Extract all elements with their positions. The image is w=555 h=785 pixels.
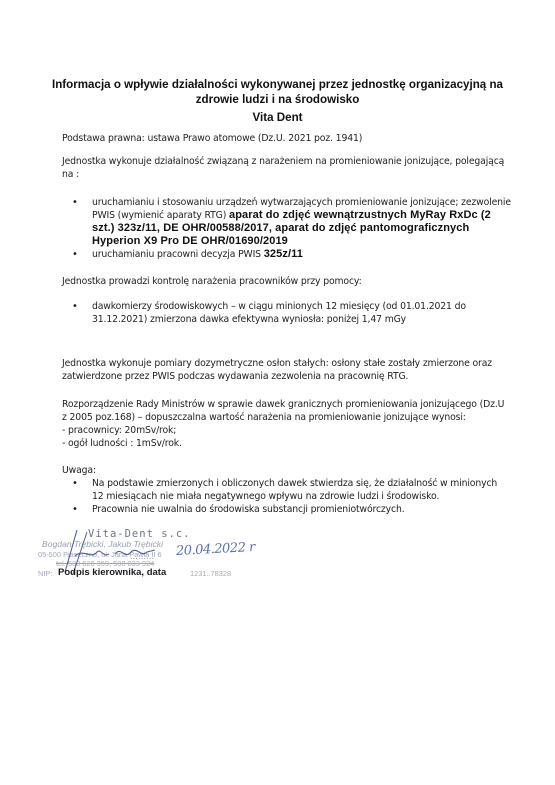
regulation-paragraph: Rozporządzenie Rady Ministrów w sprawie … [62,398,507,424]
document-title: Informacja o wpływie działalności wykony… [40,77,515,107]
list-item: uruchamianiu pracowni decyzja PWIS 325z/… [62,248,512,261]
organization-name: Vita Dent [40,111,515,124]
list-item: Pracownia nie uwalnia do środowiska subs… [62,503,507,516]
note-heading: Uwaga: [62,464,507,477]
limit-public: - ogół ludności : 1mSv/rok. [62,437,507,450]
control-intro: Jednostka prowadzi kontrolę narażenia pr… [62,275,507,288]
title-line-1: Informacja o wpływie działalności wykony… [40,77,515,92]
document-page: Informacja o wpływie działalności wykony… [0,0,555,785]
dose-limits: - pracownicy: 20mSv/rok; - ogół ludności… [62,424,507,450]
legal-basis: Podstawa prawna: ustawa Prawo atomowe (D… [62,132,507,145]
activity-item-2-bold: 325z/11 [264,248,303,260]
shielding-paragraph: Jednostka wykonuje pomiary dozymetryczne… [62,357,502,383]
list-item: dawkomierzy środowiskowych – w ciągu min… [62,300,502,326]
stamp-nip-number: 1231..78328 [190,569,231,578]
list-item: Na podstawie zmierzonych i obliczonych d… [62,477,507,503]
control-list: dawkomierzy środowiskowych – w ciągu min… [62,300,502,326]
signature-dots: ......... [130,552,155,561]
list-item: uruchamianiu i stosowaniu urządzeń wytwa… [62,196,512,248]
stamp-nip-label: NIP: [38,569,52,578]
signature-label: Podpis kierownika, data [58,567,166,578]
title-line-2: zdrowie ludzi i na środowisko [40,92,515,107]
activity-item-2-plain: uruchamianiu pracowni decyzja PWIS [92,249,264,260]
activity-list: uruchamianiu i stosowaniu urządzeń wytwa… [62,196,512,261]
limit-workers: - pracownicy: 20mSv/rok; [62,424,507,437]
activity-intro: Jednostka wykonuje działalność związaną … [62,155,507,181]
note-list: Na podstawie zmierzonych i obliczonych d… [62,477,507,516]
